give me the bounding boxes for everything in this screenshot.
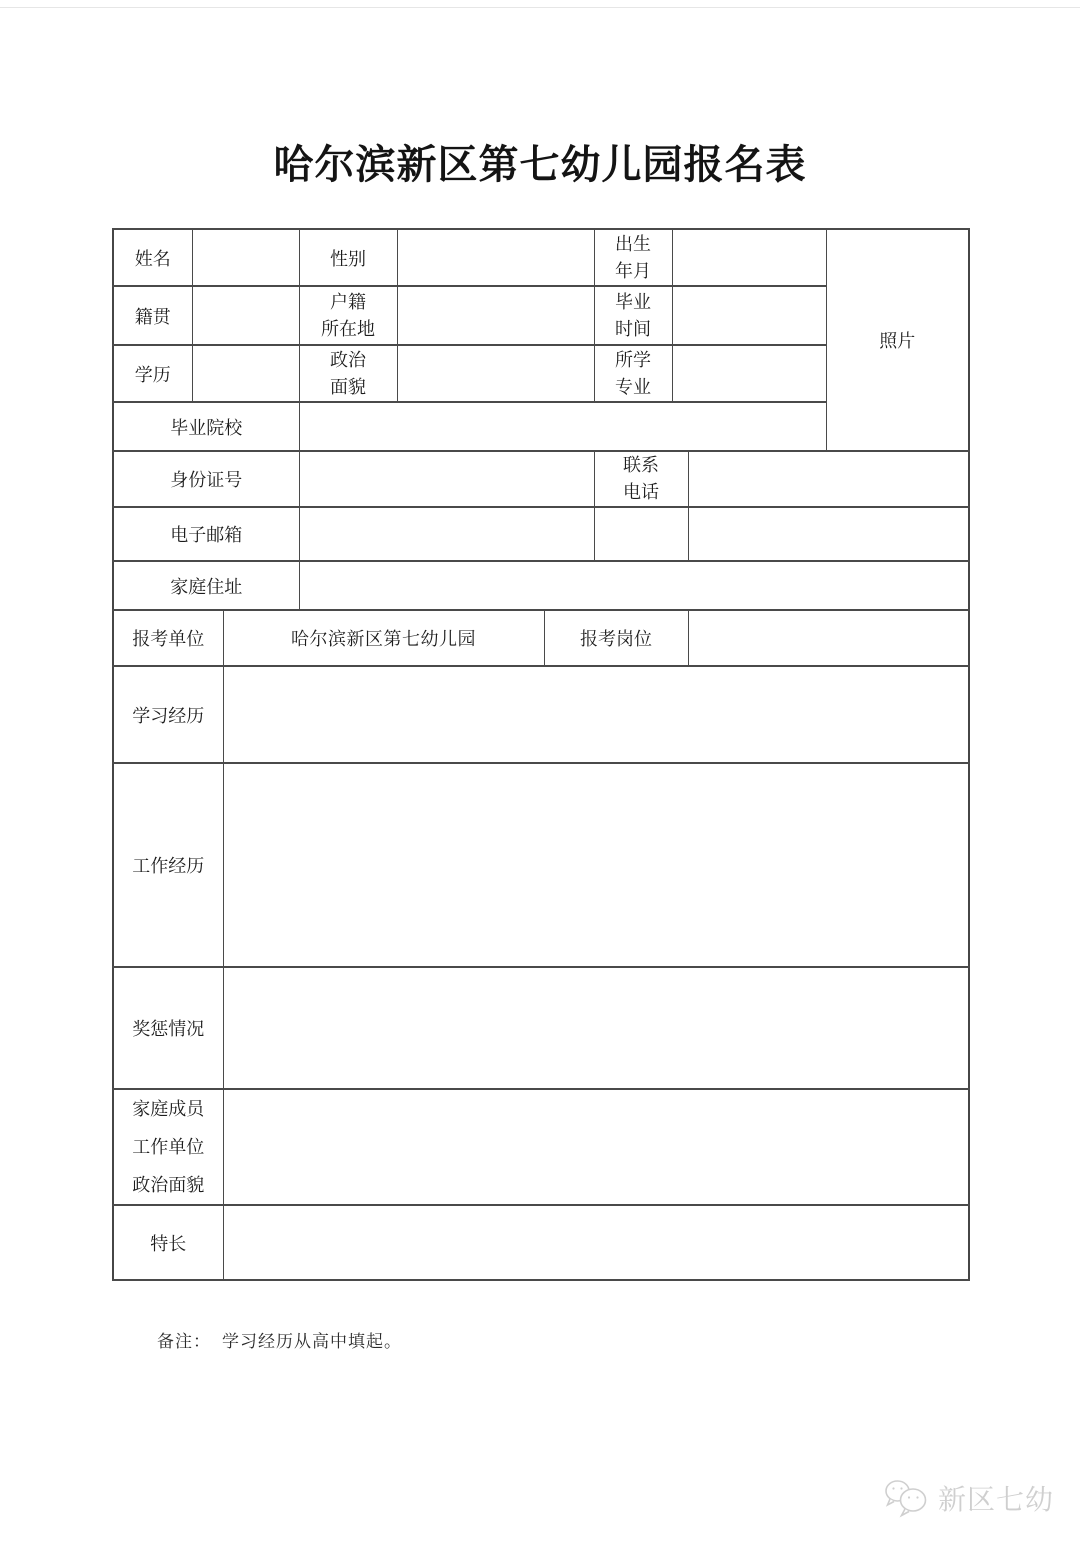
page-top-divider <box>0 7 1080 8</box>
major-value-cell <box>672 345 826 402</box>
political-status-label-line1: 政治 <box>300 347 397 374</box>
graduate-school-label: 毕业院校 <box>113 402 299 451</box>
name-value-cell <box>192 229 299 286</box>
work-experience-value-cell <box>223 763 969 967</box>
graduate-school-value-cell <box>299 402 826 451</box>
id-number-label: 身份证号 <box>113 451 299 507</box>
email-extra-cell <box>594 507 688 561</box>
row-specialty: 特长 <box>113 1205 969 1280</box>
watermark: 新区七幼 <box>883 1477 1054 1519</box>
education-value-cell <box>192 345 299 402</box>
name-label: 姓名 <box>113 229 192 286</box>
rewards-punishments-label: 奖惩情况 <box>113 967 223 1089</box>
birth-date-label-line2: 年月 <box>595 258 672 285</box>
apply-position-label: 报考岗位 <box>544 610 688 666</box>
apply-unit-value: 哈尔滨新区第七幼儿园 <box>223 610 544 666</box>
education-label: 学历 <box>113 345 192 402</box>
family-members-label-line2: 工作单位 <box>114 1128 223 1166</box>
household-location-value-cell <box>397 286 594 345</box>
row-id-contact: 身份证号 联系 电话 <box>113 451 969 507</box>
family-members-label-line3: 政治面貌 <box>114 1166 223 1204</box>
specialty-value-cell <box>223 1205 969 1280</box>
household-location-label: 户籍 所在地 <box>299 286 397 345</box>
watermark-text: 新区七幼 <box>938 1478 1054 1518</box>
photo-cell: 照片 <box>826 229 969 451</box>
rewards-punishments-value-cell <box>223 967 969 1089</box>
birth-date-label-line1: 出生 <box>595 231 672 258</box>
household-location-label-line2: 所在地 <box>300 316 397 343</box>
political-status-label-line2: 面貌 <box>300 374 397 401</box>
row-rewards-punishments: 奖惩情况 <box>113 967 969 1089</box>
graduation-time-value-cell <box>672 286 826 345</box>
birth-date-value-cell <box>672 229 826 286</box>
email-label: 电子邮箱 <box>113 507 299 561</box>
row-family-members: 家庭成员 工作单位 政治面貌 <box>113 1089 969 1205</box>
apply-position-value-cell <box>688 610 969 666</box>
contact-phone-label-line2: 电话 <box>595 479 688 506</box>
work-experience-label: 工作经历 <box>113 763 223 967</box>
family-members-label: 家庭成员 工作单位 政治面貌 <box>113 1089 223 1205</box>
apply-unit-label: 报考单位 <box>113 610 223 666</box>
specialty-label: 特长 <box>113 1205 223 1280</box>
graduation-time-label-line2: 时间 <box>595 316 672 343</box>
row-email: 电子邮箱 <box>113 507 969 561</box>
study-experience-label: 学习经历 <box>113 666 223 763</box>
row-work-experience: 工作经历 <box>113 763 969 967</box>
birth-date-label: 出生 年月 <box>594 229 672 286</box>
family-members-value-cell <box>223 1089 969 1205</box>
major-label-line1: 所学 <box>595 347 672 374</box>
gender-value-cell <box>397 229 594 286</box>
row-apply-unit-position: 报考单位 哈尔滨新区第七幼儿园 报考岗位 <box>113 610 969 666</box>
application-form-table: 姓名 性别 出生 年月 照片 籍贯 户籍 所在地 毕业 时间 学历 政治 面貌 <box>112 228 970 1281</box>
gender-label: 性别 <box>299 229 397 286</box>
graduation-time-label: 毕业 时间 <box>594 286 672 345</box>
contact-phone-value-cell <box>688 451 969 507</box>
graduation-time-label-line1: 毕业 <box>595 289 672 316</box>
political-status-value-cell <box>397 345 594 402</box>
political-status-label: 政治 面貌 <box>299 345 397 402</box>
row-home-address: 家庭住址 <box>113 561 969 610</box>
note-text: 学习经历从高中填起。 <box>222 1332 402 1351</box>
native-place-value-cell <box>192 286 299 345</box>
form-title: 哈尔滨新区第七幼儿园报名表 <box>0 133 1080 190</box>
family-members-label-line1: 家庭成员 <box>114 1090 223 1128</box>
row-study-experience: 学习经历 <box>113 666 969 763</box>
home-address-value-cell <box>299 561 969 610</box>
native-place-label: 籍贯 <box>113 286 192 345</box>
major-label: 所学 专业 <box>594 345 672 402</box>
note-label: 备注： <box>157 1332 211 1351</box>
contact-phone-label: 联系 电话 <box>594 451 688 507</box>
home-address-label: 家庭住址 <box>113 561 299 610</box>
major-label-line2: 专业 <box>595 374 672 401</box>
row-name-gender-birth: 姓名 性别 出生 年月 照片 <box>113 229 969 286</box>
email-extra-value-cell <box>688 507 969 561</box>
note: 备注：学习经历从高中填起。 <box>157 1327 402 1352</box>
id-number-value-cell <box>299 451 594 507</box>
household-location-label-line1: 户籍 <box>300 289 397 316</box>
wechat-icon <box>883 1477 931 1519</box>
study-experience-value-cell <box>223 666 969 763</box>
contact-phone-label-line1: 联系 <box>595 452 688 479</box>
email-value-cell <box>299 507 594 561</box>
